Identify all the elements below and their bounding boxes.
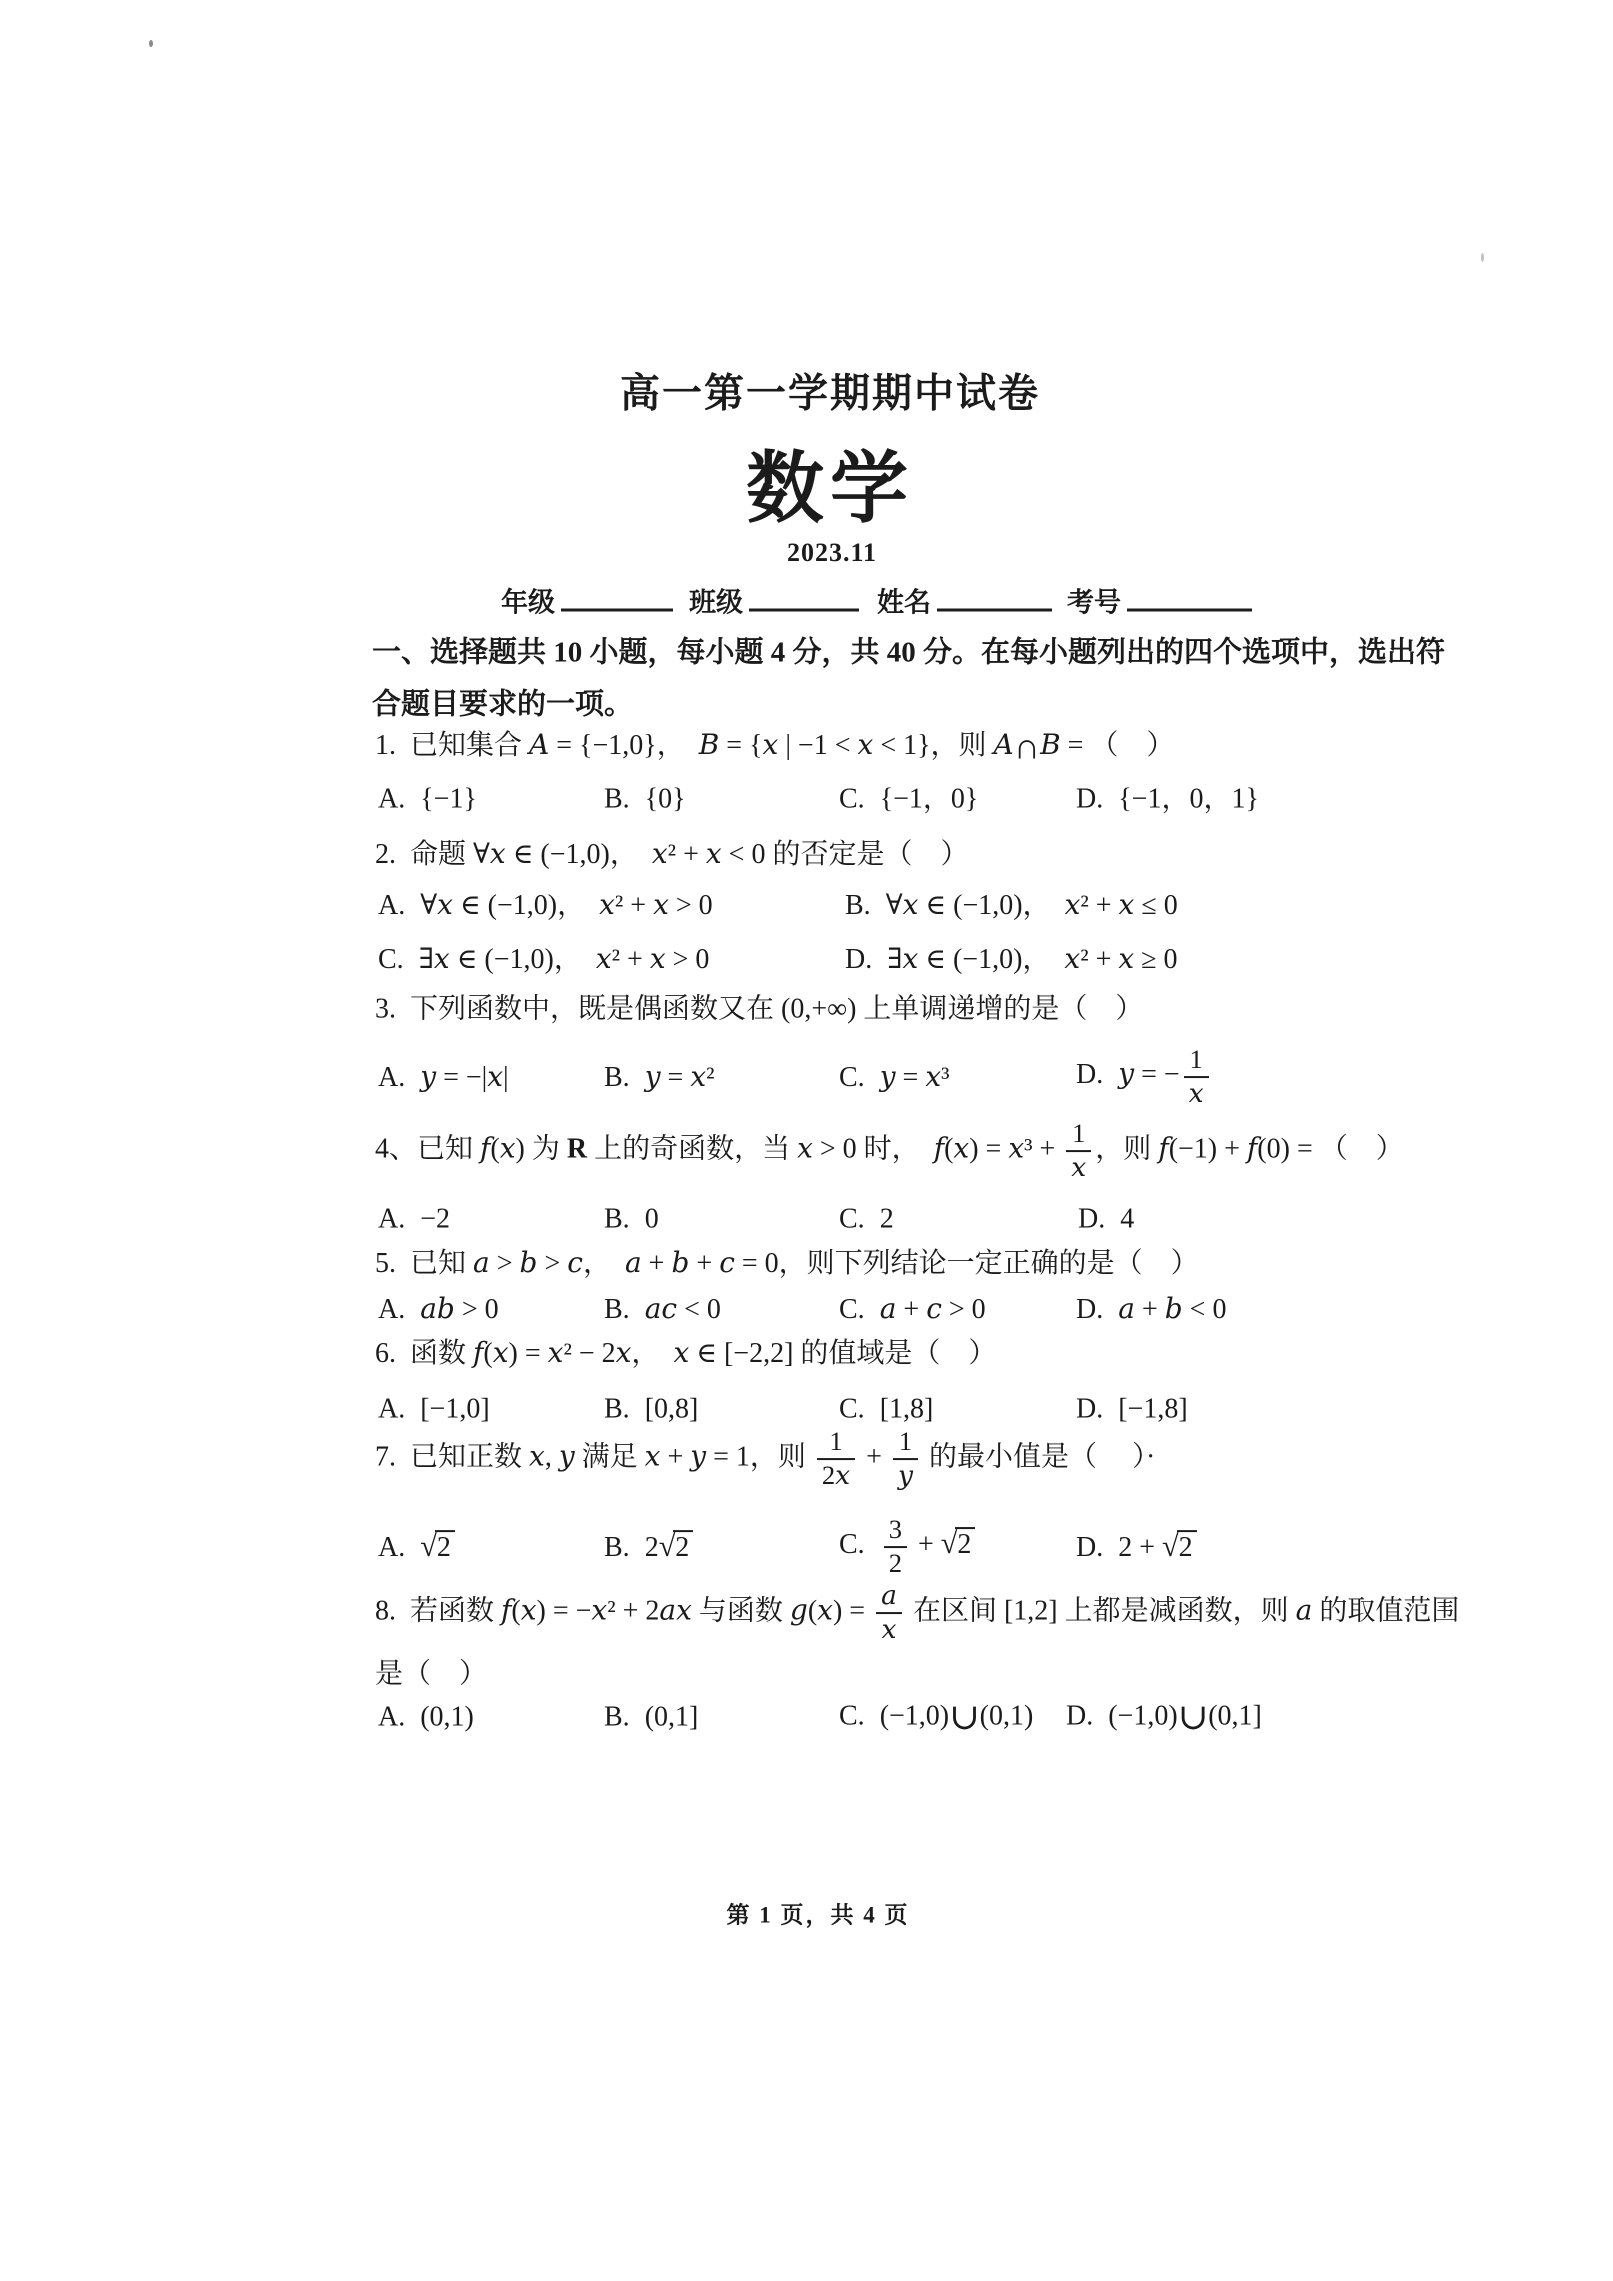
question-3-option-d: D.y = −1x (1076, 1046, 1213, 1108)
question-6-prompt: 6. 函数 f(x) = x² − 2x， x ∈ [−2,2] 的值域是（ ） (375, 1335, 996, 1371)
option-text: 2 (880, 1204, 894, 1235)
option-label: A. (378, 1532, 405, 1563)
question-7-option-b: B.2√2 (604, 1528, 693, 1566)
option-label: A. (378, 1204, 405, 1235)
question-5-option-c: C.a + c > 0 (839, 1291, 986, 1327)
option-text: y = −|x| (420, 1062, 508, 1093)
question-4-option-d: D.4 (1078, 1202, 1134, 1237)
question-8-prompt-cont: 是（ ） (375, 1657, 487, 1692)
option-text: ∃x ∈ (−1,0)， x² + x ≥ 0 (887, 944, 1177, 975)
option-label: A. (378, 890, 405, 921)
option-text: 2 + √2 (1118, 1532, 1196, 1563)
option-text: y = x² (645, 1062, 715, 1093)
option-label: D. (1076, 1394, 1103, 1425)
option-label: A. (378, 1294, 405, 1325)
field-class-blank (749, 586, 859, 612)
option-label: D. (1078, 1204, 1105, 1235)
option-text: ∃x ∈ (−1,0)， x² + x > 0 (419, 944, 710, 975)
field-name-blank (937, 586, 1052, 612)
page-number: 第 1 页，共 4 页 (727, 1897, 910, 1930)
question-8-option-d: D.(−1,0)∪(0,1] (1066, 1699, 1262, 1736)
question-4-prompt: 4、已知 f(x) 为 R 上的奇函数，当 x > 0 时， f(x) = x³… (375, 1120, 1404, 1182)
option-label: B. (604, 1294, 630, 1325)
option-text: [0,8] (645, 1394, 699, 1425)
question-7-option-d: D.2 + √2 (1076, 1528, 1197, 1566)
question-2-option-a: A.∀x ∈ (−1,0)， x² + x > 0 (378, 887, 713, 923)
option-label: A. (378, 1062, 405, 1093)
option-text: √2 (420, 1532, 455, 1563)
option-label: B. (604, 1702, 630, 1733)
option-text: 0 (645, 1204, 659, 1235)
option-text: 2√2 (645, 1532, 694, 1563)
question-7-option-a: A.√2 (378, 1528, 455, 1566)
field-name-label: 姓名 (877, 588, 931, 618)
option-label: D. (1076, 1059, 1103, 1090)
question-4-option-a: A.−2 (378, 1202, 450, 1237)
field-class-label: 班级 (689, 588, 743, 618)
option-label: B. (604, 1204, 630, 1235)
option-label: D. (1076, 784, 1103, 815)
option-label: C. (378, 944, 404, 975)
question-2-prompt: 2. 命题 ∀x ∈ (−1,0)， x² + x < 0 的否定是（ ） (375, 836, 968, 872)
option-text: 32 + √2 (880, 1529, 976, 1560)
option-text: [−1,8] (1118, 1394, 1187, 1425)
subject-title: 数学 (746, 426, 914, 538)
question-5-option-b: B.ac < 0 (604, 1291, 721, 1327)
option-text: (−1,0)∪(0,1] (1108, 1701, 1262, 1732)
option-label: D. (1076, 1532, 1103, 1563)
question-5-prompt: 5. 已知 a > b > c， a + b + c = 0，则下列结论一定正确… (375, 1245, 1199, 1281)
question-2-option-c: C.∃x ∈ (−1,0)， x² + x > 0 (378, 941, 709, 977)
question-6-option-a: A.[−1,0] (378, 1392, 490, 1427)
option-text: (−1,0)∪(0,1) (880, 1701, 1034, 1732)
question-8-prompt: 8. 若函数 f(x) = −x² + 2ax 与函数 g(x) = ax 在区… (375, 1582, 1459, 1644)
option-text: −2 (420, 1204, 450, 1235)
section-intro-line-1: 一、选择题共 10 小题，每小题 4 分，共 40 分。在每小题列出的四个选项中… (372, 630, 1445, 671)
option-text: 4 (1120, 1204, 1134, 1235)
question-1-option-b: B.{0} (604, 782, 686, 817)
question-6-option-d: D.[−1,8] (1076, 1392, 1188, 1427)
question-8-option-a: A.(0,1) (378, 1700, 474, 1735)
option-label: C. (839, 1062, 865, 1093)
option-text: {−1} (420, 784, 477, 815)
question-1-option-a: A.{−1} (378, 782, 477, 817)
option-text: {−1，0，1} (1118, 784, 1259, 815)
option-text: y = x³ (880, 1062, 950, 1093)
question-1-option-d: D.{−1，0，1} (1076, 782, 1259, 817)
option-label: B. (845, 890, 871, 921)
option-label: A. (378, 784, 405, 815)
question-8-option-c: C.(−1,0)∪(0,1) (839, 1699, 1033, 1736)
option-text: ∀x ∈ (−1,0)， x² + x > 0 (420, 890, 712, 921)
question-3-option-c: C.y = x³ (839, 1059, 950, 1095)
question-7-option-c: C.32 + √2 (839, 1516, 975, 1578)
option-label: A. (378, 1702, 405, 1733)
section-intro-line-2: 合题目要求的一项。 (372, 682, 633, 723)
option-text: y = −1x (1118, 1059, 1212, 1090)
option-text: ab > 0 (420, 1294, 498, 1325)
option-text: (0,1) (420, 1702, 474, 1733)
option-label: C. (839, 1294, 865, 1325)
option-text: ac < 0 (645, 1294, 721, 1325)
question-2-option-b: B.∀x ∈ (−1,0)， x² + x ≤ 0 (845, 887, 1178, 923)
scan-speck (1481, 253, 1484, 262)
option-label: B. (604, 784, 630, 815)
question-1-prompt: 1. 已知集合 A = {−1,0}， B = {x | −1 < x < 1}… (375, 727, 1174, 765)
option-text: ∀x ∈ (−1,0)， x² + x ≤ 0 (886, 890, 1178, 921)
option-text: [−1,0] (420, 1394, 489, 1425)
option-label: D. (1066, 1701, 1093, 1732)
question-2-option-d: D.∃x ∈ (−1,0)， x² + x ≥ 0 (845, 941, 1178, 977)
question-1-option-c: C.{−1，0} (839, 782, 978, 817)
option-label: A. (378, 1394, 405, 1425)
question-6-option-b: B.[0,8] (604, 1392, 698, 1427)
field-grade-label: 年级 (501, 588, 555, 618)
field-grade-blank (561, 586, 673, 612)
field-exam-number-blank (1127, 586, 1252, 612)
question-3-prompt: 3. 下列函数中，既是偶函数又在 (0,+∞) 上单调递增的是（ ） (375, 992, 1143, 1027)
field-exam-number-label: 考号 (1067, 588, 1121, 618)
option-label: C. (839, 1394, 865, 1425)
option-text: a + b < 0 (1118, 1294, 1226, 1325)
question-4-option-c: C.2 (839, 1202, 894, 1237)
option-label: C. (839, 1204, 865, 1235)
option-label: C. (839, 784, 865, 815)
option-label: B. (604, 1394, 630, 1425)
option-label: C. (839, 1529, 865, 1560)
question-8-option-b: B.(0,1] (604, 1700, 698, 1735)
question-7-prompt: 7. 已知正数 x, y 满足 x + y = 1，则 12x + 1y 的最小… (375, 1428, 1155, 1490)
option-text: {0} (645, 784, 686, 815)
question-6-option-c: C.[1,8] (839, 1392, 933, 1427)
option-text: [1,8] (880, 1394, 934, 1425)
option-text: a + c > 0 (880, 1294, 986, 1325)
option-label: D. (845, 944, 872, 975)
question-4-option-b: B.0 (604, 1202, 659, 1237)
question-3-option-a: A.y = −|x| (378, 1059, 509, 1095)
option-label: C. (839, 1701, 865, 1732)
page-title: 高一第一学期期中试卷 (620, 362, 1040, 419)
question-3-option-b: B.y = x² (604, 1059, 715, 1095)
scan-speck (149, 40, 153, 47)
option-label: D. (1076, 1294, 1103, 1325)
option-label: B. (604, 1532, 630, 1563)
option-label: B. (604, 1062, 630, 1093)
question-5-option-d: D.a + b < 0 (1076, 1291, 1226, 1327)
exam-page: 高一第一学期期中试卷 数学 2023.11 年级 班级 姓名 考号 一、选择题共… (0, 0, 1613, 2281)
option-text: {−1，0} (880, 784, 979, 815)
question-5-option-a: A.ab > 0 (378, 1291, 499, 1327)
option-text: (0,1] (645, 1702, 699, 1733)
